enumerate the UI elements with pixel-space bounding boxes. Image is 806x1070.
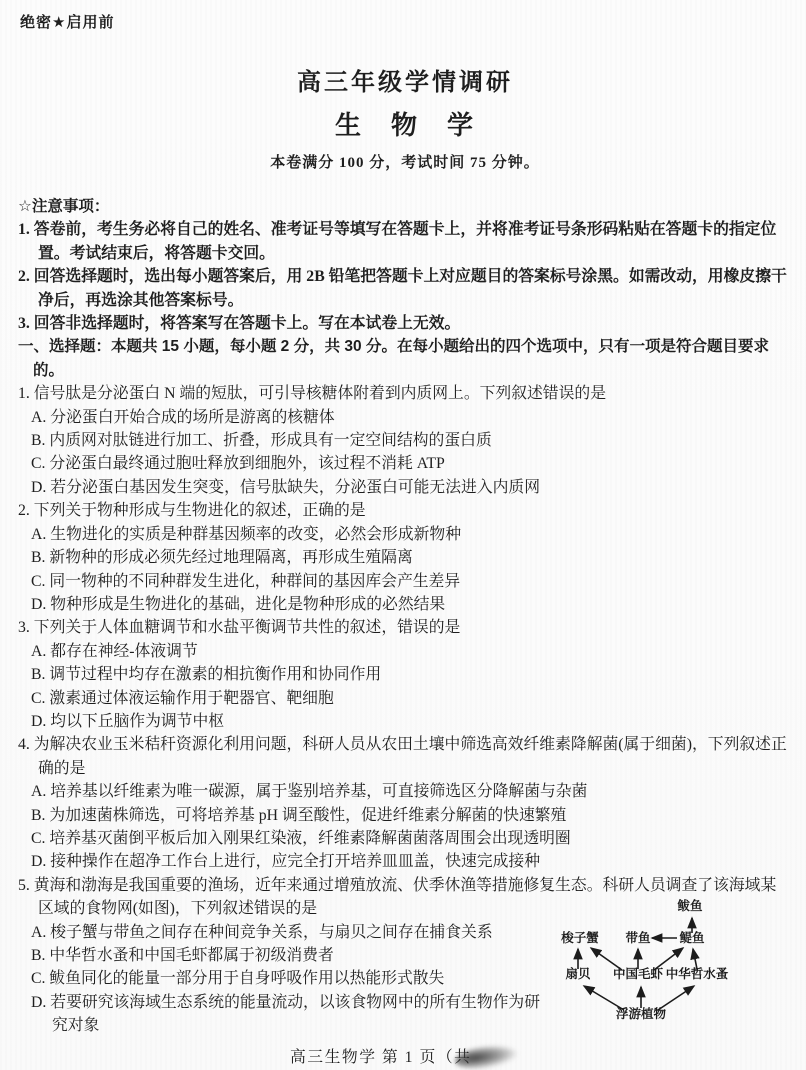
node-daiyu: 带鱼: [625, 930, 651, 945]
question-5-option-b: B. 中华哲水蚤和中国毛虾都属于初级消费者: [18, 944, 540, 967]
node-bayu: 鲅鱼: [676, 898, 703, 913]
node-tiyu: 鳀鱼: [679, 930, 705, 945]
question-3: 3. 下列关于人体血糖调节和水盐平衡调节共性的叙述，错误的是 A. 都存在神经-…: [18, 616, 792, 733]
node-zhongguo-maoxia: 中国毛虾: [613, 966, 664, 981]
question-1-option-b: B. 内质网对肽链进行加工、折叠，形成具有一定空间结构的蛋白质: [18, 429, 792, 452]
question-1-option-c: C. 分泌蛋白最终通过胞吐释放到细胞外，该过程不消耗 ATP: [18, 452, 792, 475]
edge-shuizao-tiyu: [693, 949, 697, 969]
question-1-option-a: A. 分泌蛋白开始合成的场所是游离的核糖体: [18, 406, 792, 429]
question-2-stem: 2. 下列关于物种形成与生物进化的叙述，正确的是: [18, 499, 792, 522]
question-5: 5. 黄海和渤海是我国重要的渔场，近年来通过增殖放流、伏季休渔等措施修复生态。科…: [18, 874, 792, 1038]
question-2-option-d: D. 物种形成是生物进化的基础，进化是物种形成的必然结果: [18, 593, 792, 616]
secrecy-label: 绝密★启用前: [20, 11, 114, 32]
question-4-option-b: B. 为加速菌株筛选，可将培养基 pH 调至酸性，促进纤维素分解菌的快速繁殖: [18, 804, 792, 827]
question-1: 1. 信号肽是分泌蛋白 N 端的短肽，可引导核糖体附着到内质网上。下列叙述错误的…: [18, 382, 792, 499]
question-3-option-d: D. 均以下丘脑作为调节中枢: [18, 710, 792, 733]
node-zhonghua-zheshuizao: 中华哲水蚤: [666, 966, 729, 981]
page-footer: 高三生物学 第 1 页（共: [290, 1046, 792, 1069]
notice-item-3: 3. 回答非选择题时，将答案写在答题卡上。写在本试卷上无效。: [18, 312, 792, 335]
question-5-option-a: A. 梭子蟹与带鱼之间存在种间竞争关系，与扇贝之间存在捕食关系: [18, 921, 540, 944]
question-2-option-b: B. 新物种的形成必须先经过地理隔离，再形成生殖隔离: [18, 546, 792, 569]
question-3-option-a: A. 都存在神经-体液调节: [18, 640, 792, 663]
node-suozixie: 梭子蟹: [560, 930, 599, 945]
page-content: 高三年级学情调研 生 物 学 本卷满分 100 分，考试时间 75 分钟。 ☆注…: [0, 0, 806, 1069]
question-4-stem: 4. 为解决农业玉米秸秆资源化利用问题，科研人员从农田土壤中筛选高效纤维素降解菌…: [18, 733, 792, 780]
notice-item-1: 1. 答卷前，考生务必将自己的姓名、准考证号等填写在答题卡上，并将准考证号条形码…: [18, 218, 792, 265]
section-heading: 一、选择题：本题共 15 小题，每小题 2 分，共 30 分。在每小题给出的四个…: [18, 335, 792, 382]
question-4-option-a: A. 培养基以纤维素为唯一碳源，属于鉴别培养基，可直接筛选区分降解菌与杂菌: [18, 780, 792, 803]
question-3-stem: 3. 下列关于人体血糖调节和水盐平衡调节共性的叙述，错误的是: [18, 616, 792, 639]
notice-item-2: 2. 回答选择题时，选出每小题答案后，用 2B 铅笔把答题卡上对应题目的答案标号…: [18, 265, 792, 312]
question-5-option-c: C. 鲅鱼同化的能量一部分用于自身呼吸作用以热能形式散失: [18, 967, 540, 990]
question-2: 2. 下列关于物种形成与生物进化的叙述，正确的是 A. 生物进化的实质是种群基因…: [18, 499, 792, 616]
exam-title: 高三年级学情调研: [18, 0, 792, 97]
notice-block: ☆注意事项： 1. 答卷前，考生务必将自己的姓名、准考证号等填写在答题卡上，并将…: [18, 195, 792, 335]
exam-body: ☆注意事项： 1. 答卷前，考生务必将自己的姓名、准考证号等填写在答题卡上，并将…: [18, 195, 792, 1069]
exam-page: 绝密★启用前 高三年级学情调研 生 物 学 本卷满分 100 分，考试时间 75…: [0, 0, 806, 1070]
question-3-option-c: C. 激素通过体液运输作用于靶器官、靶细胞: [18, 687, 792, 710]
question-5-option-d: D. 若要研究该海域生态系统的能量流动，以该食物网中的所有生物作为研究对象: [18, 991, 540, 1038]
question-3-option-b: B. 调节过程中均存在激素的相抗衡作用和协同作用: [18, 663, 792, 686]
question-1-stem: 1. 信号肽是分泌蛋白 N 端的短肽，可引导核糖体附着到内质网上。下列叙述错误的…: [18, 382, 792, 405]
question-4-option-c: C. 培养基灭菌倒平板后加入刚果红染液，纤维素降解菌菌落周围会出现透明圈: [18, 827, 792, 850]
question-2-option-c: C. 同一物种的不同种群发生进化，种群间的基因库会产生差异: [18, 570, 792, 593]
question-1-option-d: D. 若分泌蛋白基因发生突变，信号肽缺失，分泌蛋白可能无法进入内质网: [18, 476, 792, 499]
exam-info: 本卷满分 100 分，考试时间 75 分钟。: [18, 151, 792, 172]
notice-heading: ☆注意事项：: [18, 195, 792, 218]
question-2-option-a: A. 生物进化的实质是种群基因频率的改变，必然会形成新物种: [18, 523, 792, 546]
footer-text: 高三生物学 第 1 页（共: [290, 1046, 471, 1069]
food-web-diagram: 鲅鱼 梭子蟹 带鱼 鳀鱼 扇贝 中国毛虾 中华哲水蚤 浮游植物: [550, 896, 792, 1028]
node-fuyouzhiwu: 浮游植物: [616, 1006, 667, 1021]
subject-title: 生 物 学: [18, 105, 792, 142]
question-4: 4. 为解决农业玉米秸秆资源化利用问题，科研人员从农田土壤中筛选高效纤维素降解菌…: [18, 733, 792, 873]
question-4-option-d: D. 接种操作在超净工作台上进行，应完全打开培养皿皿盖，快速完成接种: [18, 850, 792, 873]
node-shanbei: 扇贝: [565, 966, 591, 981]
question-5-options: A. 梭子蟹与带鱼之间存在种间竞争关系，与扇贝之间存在捕食关系 B. 中华哲水蚤…: [18, 921, 540, 1038]
